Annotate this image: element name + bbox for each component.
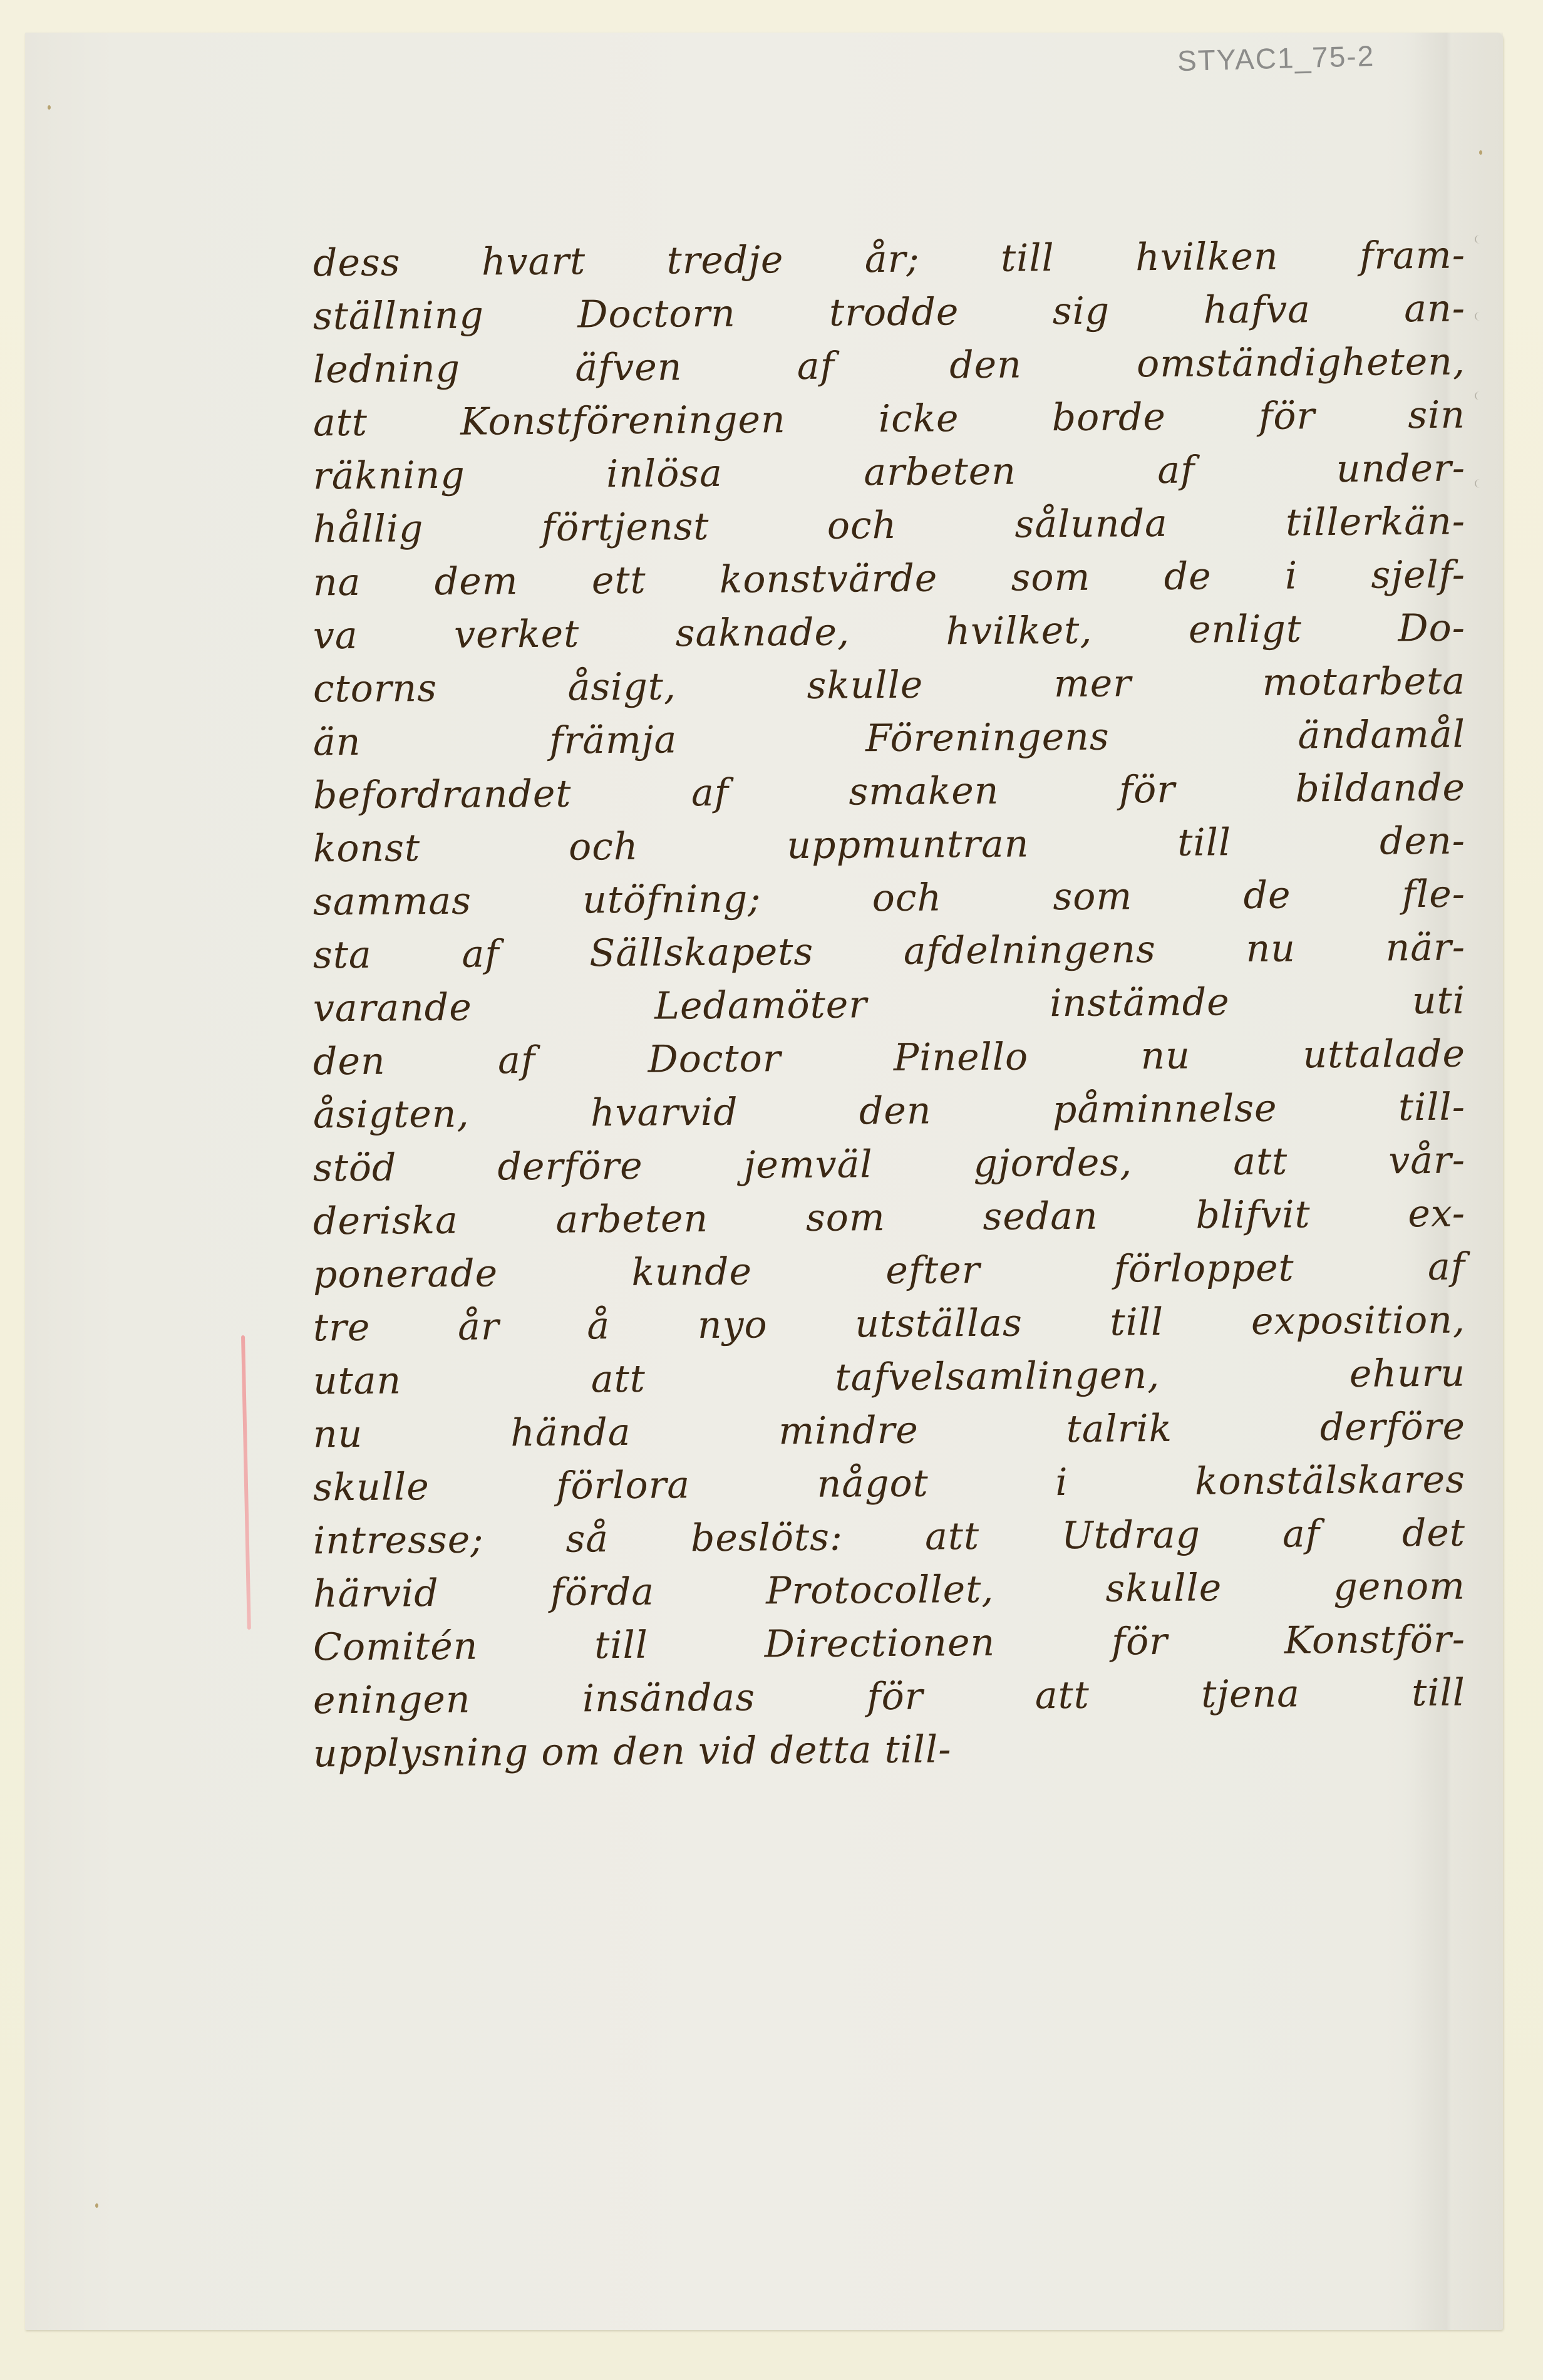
archive-label: STYAC1_75-2 (1177, 39, 1375, 78)
text-line: ställning Doctorn trodde sig hafva an- (313, 282, 1466, 344)
text-line: varande Ledamöter instämde uti (313, 975, 1466, 1036)
text-line: Comitén till Directionen för Konstför- (313, 1613, 1466, 1675)
text-line: ctorns åsigt, skulle mer motarbeta (313, 655, 1466, 717)
punch-hole-mark (1475, 235, 1485, 244)
punch-hole-mark (1475, 479, 1485, 488)
text-line: åsigten, hvarvid den påminnelse till- (313, 1081, 1466, 1142)
text-line: sammas utöfning; och som de fle- (313, 868, 1466, 929)
text-line: befordrandet af smaken för bildande (313, 762, 1466, 823)
text-line: sta af Sällskapets afdelningens nu när- (313, 921, 1466, 983)
text-line: utan att tafvelsamlingen, ehuru (313, 1347, 1466, 1409)
punch-hole-mark (1475, 312, 1485, 321)
text-line: härvid förda Protocollet, skulle genom (313, 1560, 1466, 1622)
text-line: va verket saknade, hvilket, enligt Do- (313, 602, 1466, 663)
text-line: upplysning om den vid detta till- (313, 1720, 1466, 1781)
text-line: dess hvart tredje år; till hvilken fram- (313, 229, 1466, 291)
paper-speck (48, 105, 51, 110)
text-line: deriska arbeten som sedan blifvit ex- (313, 1187, 1466, 1249)
paper-speck (95, 2203, 98, 2208)
text-line: att Konstföreningen icke borde för sin (313, 389, 1466, 450)
handwritten-text-block: dess hvart tredje år; till hvilken fram-… (313, 233, 1465, 1777)
punch-hole-mark (1475, 391, 1485, 400)
text-line: na dem ett konstvärde som de i sjelf- (313, 549, 1466, 610)
paper-speck (1479, 150, 1482, 155)
text-line: ponerade kunde efter förloppet af (313, 1241, 1466, 1302)
text-line: den af Doctor Pinello nu uttalade (313, 1028, 1466, 1089)
text-line: skulle förlora något i konstälskares (313, 1454, 1466, 1515)
text-line: tre år å nyo utställas till exposition, (313, 1294, 1466, 1355)
text-line: intresse; så beslöts: att Utdrag af det (313, 1507, 1466, 1568)
text-line: hållig förtjenst och sålunda tillerkän- (313, 495, 1466, 557)
text-line: nu hända mindre talrik derföre (313, 1400, 1466, 1462)
text-line: än främja Föreningens ändamål (313, 708, 1466, 770)
text-line: eningen insändas för att tjena till (313, 1667, 1466, 1728)
text-line: ledning äfven af den omständigheten, (313, 336, 1466, 397)
text-line: stöd derföre jemväl gjordes, att vår- (313, 1134, 1466, 1196)
text-line: räkning inlösa arbeten af under- (313, 442, 1466, 504)
text-line: konst och uppmuntran till den- (313, 815, 1466, 876)
